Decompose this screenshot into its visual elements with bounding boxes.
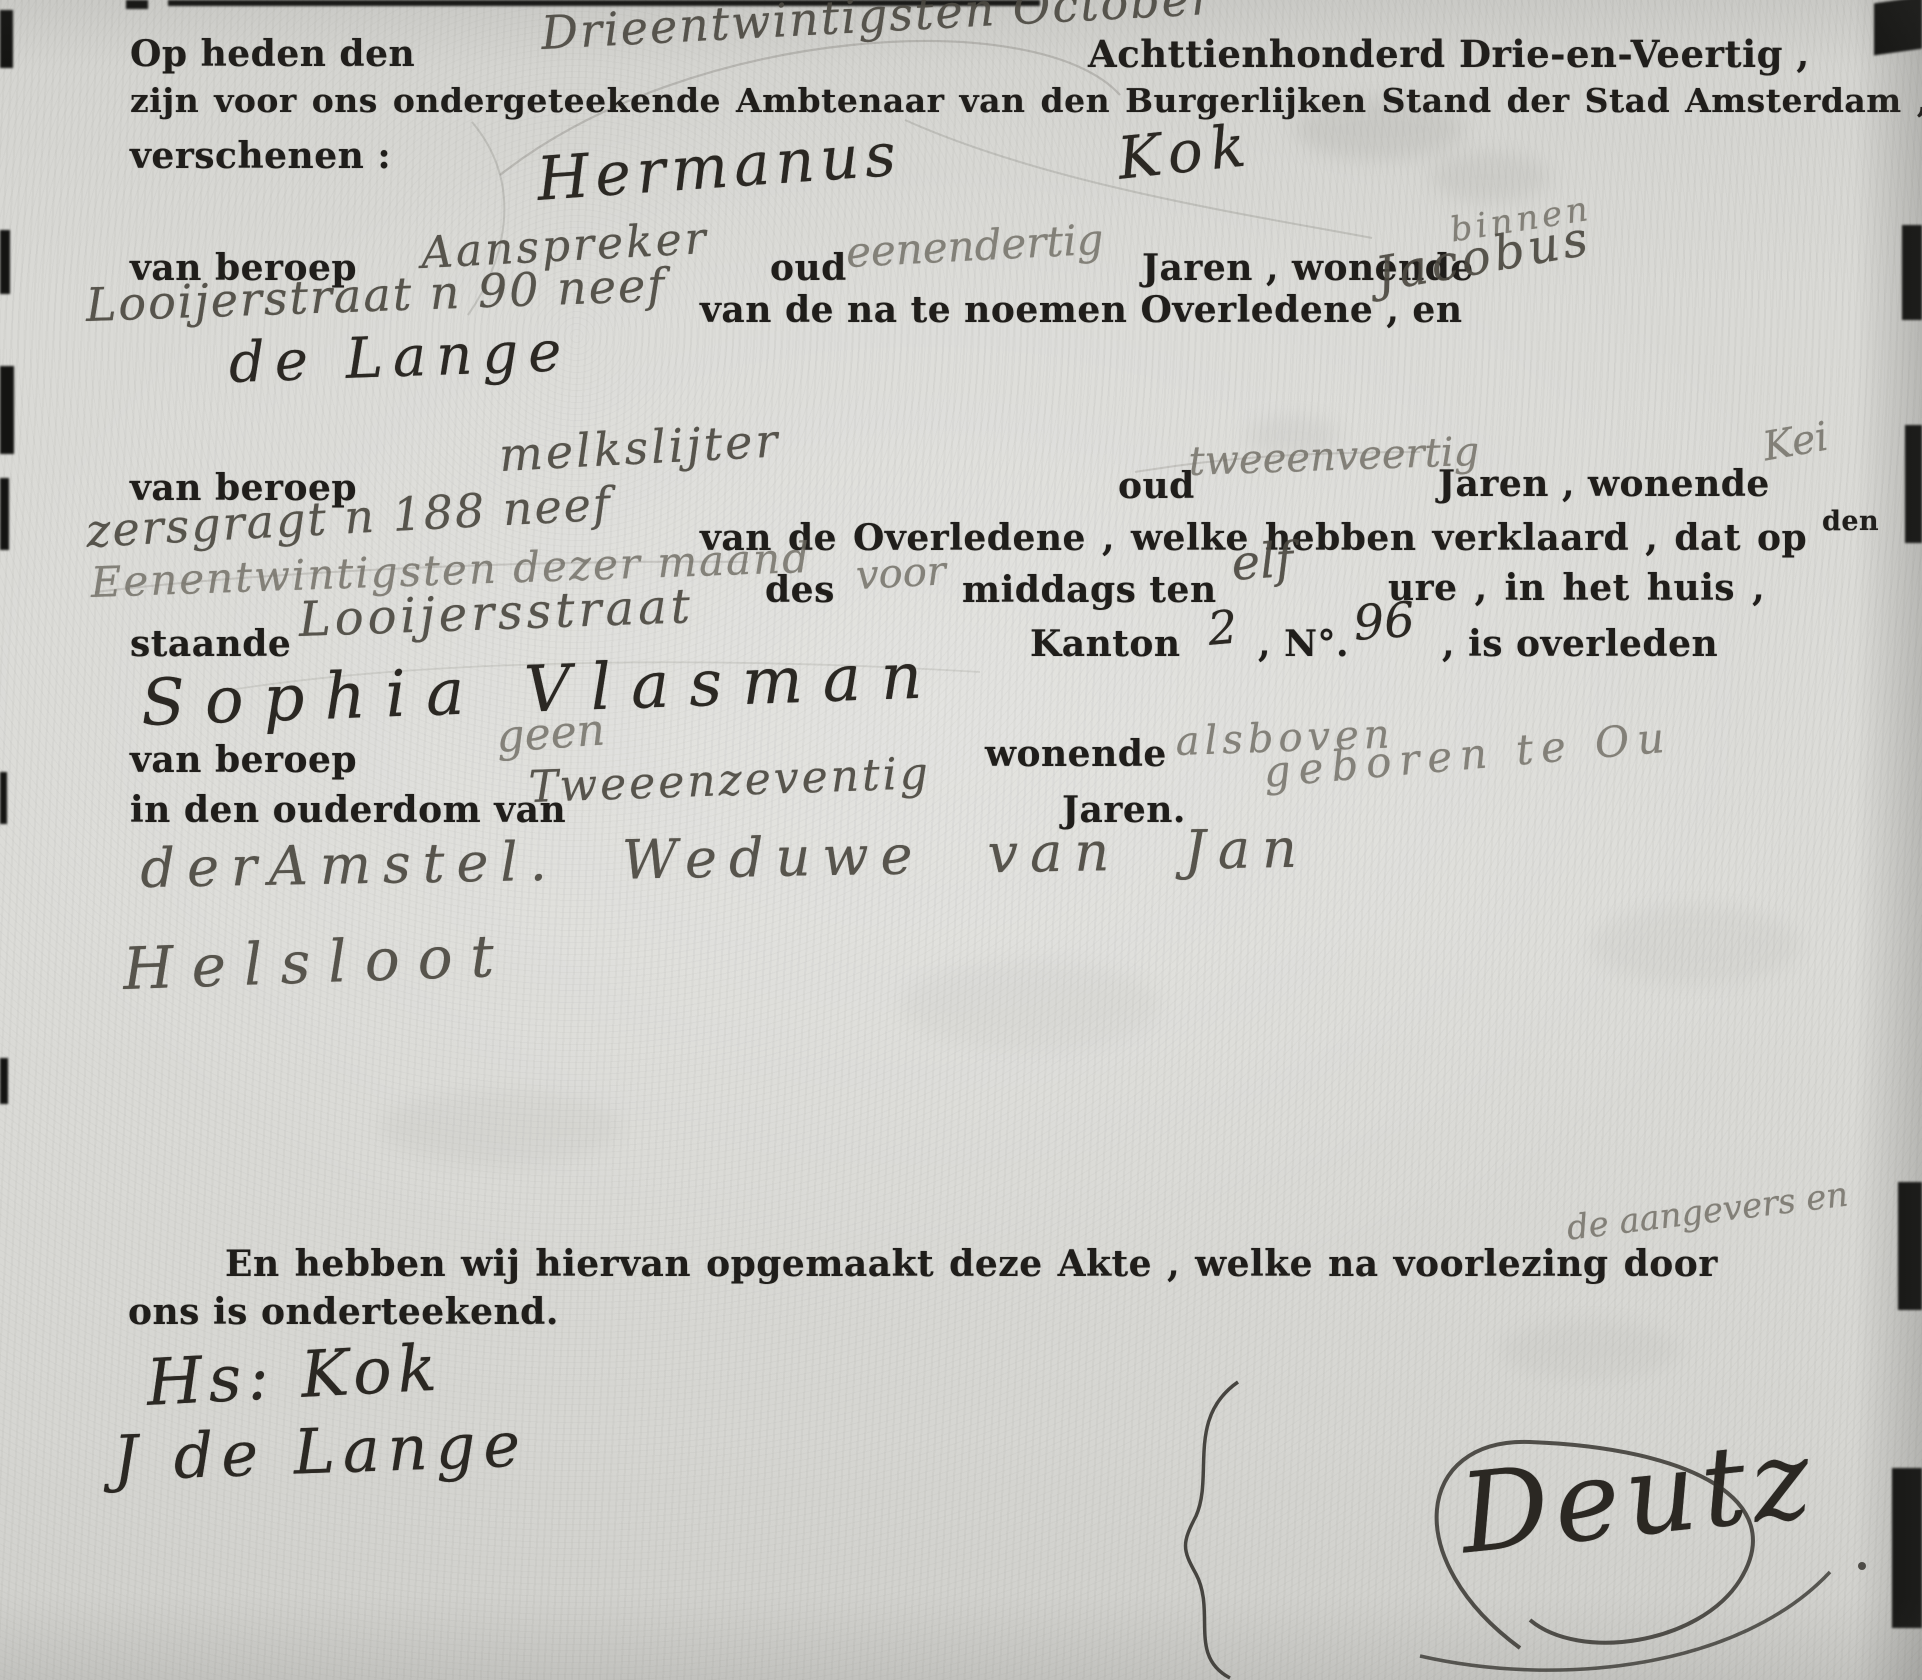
scan-artifact bbox=[1892, 1468, 1922, 1628]
handwritten-witness2-residence-prefix: Kei bbox=[1760, 417, 1831, 468]
handwritten-hour: elf bbox=[1230, 536, 1295, 588]
printed-op-heden-den: Op heden den bbox=[130, 36, 415, 72]
printed-middags-ten: middags ten bbox=[962, 572, 1217, 608]
signature-witness2: J de Lange bbox=[112, 1414, 529, 1490]
printed-oud-label-1: oud bbox=[770, 250, 847, 286]
signature-witness1: Hs: Kok bbox=[145, 1337, 444, 1416]
printed-is-overleden: , is overleden bbox=[1442, 626, 1718, 662]
scan-artifact bbox=[0, 478, 9, 550]
scan-artifact bbox=[1905, 425, 1922, 543]
handwritten-kanton-number: 2 bbox=[1206, 603, 1239, 651]
handwritten-death-street: Looijersstraat bbox=[298, 582, 695, 644]
scan-artifact bbox=[0, 366, 14, 454]
printed-verschenen: verschenen : bbox=[130, 138, 391, 174]
printed-oud-label-2: oud bbox=[1118, 468, 1195, 504]
handwritten-daypart: voor bbox=[855, 551, 947, 596]
printed-kanton-label: Kanton bbox=[1030, 626, 1181, 662]
bleedthrough-smudge bbox=[1500, 1320, 1680, 1380]
scan-artifact bbox=[1874, 0, 1922, 55]
bleedthrough-smudge bbox=[380, 1090, 620, 1165]
printed-staande: staande bbox=[130, 626, 291, 662]
scan-artifact bbox=[1902, 225, 1922, 320]
printed-ure-huis: ure , in het huis , bbox=[1388, 570, 1765, 606]
handwritten-house-number: 96 bbox=[1352, 596, 1416, 648]
handwritten-witness1-firstname: Hermanus bbox=[535, 125, 904, 210]
printed-declaration-sup-den: den bbox=[1822, 508, 1879, 535]
scan-artifact bbox=[1898, 1182, 1922, 1310]
handwritten-witness2-age: tweeenveertig bbox=[1188, 432, 1480, 482]
printed-jaren-wonende-2: Jaren , wonende bbox=[1438, 466, 1770, 502]
printed-beroep-label-3: van beroep bbox=[130, 742, 357, 778]
printed-closing-line-1: En hebben wij hiervan opgemaakt deze Akt… bbox=[225, 1246, 1718, 1282]
printed-officiant-line: zijn voor ons ondergeteekende Ambtenaar … bbox=[130, 84, 1922, 117]
scan-artifact bbox=[0, 772, 7, 824]
bleedthrough-smudge bbox=[1590, 905, 1800, 985]
registrar-flourish-tail bbox=[1420, 1572, 1830, 1670]
handwritten-witness2-lastname: de Lange bbox=[228, 324, 572, 392]
registrar-signature-dot bbox=[1858, 1562, 1866, 1570]
handwritten-witness1-lastname: Kok bbox=[1115, 116, 1256, 188]
printed-ouderdom-label: in den ouderdom van bbox=[130, 792, 566, 828]
handwritten-born-at-continued: derAmstel. Weduwe van Jan bbox=[140, 822, 1309, 896]
scan-artifact bbox=[0, 1058, 8, 1104]
signature-brace bbox=[1186, 1382, 1239, 1678]
bleedthrough-smudge bbox=[900, 960, 1160, 1050]
printed-wonende-label: wonende bbox=[985, 736, 1167, 772]
printed-closing-line-2: ons is onderteekend. bbox=[128, 1294, 559, 1330]
handwritten-witness2-occupation: melkslijter bbox=[498, 417, 781, 478]
handwritten-readers: de aangevers en bbox=[1565, 1178, 1850, 1246]
printed-number-label: , N°. bbox=[1258, 626, 1349, 662]
handwritten-deceased-age: Tweeenzeventig bbox=[528, 752, 932, 810]
scan-artifact bbox=[126, 0, 148, 9]
scan-artifact bbox=[0, 10, 13, 68]
handwritten-widow-of-surname: Helsloot bbox=[122, 926, 513, 998]
signature-registrar: Deutz bbox=[1455, 1423, 1821, 1570]
printed-relation-1: van de na te noemen Overledene , en bbox=[700, 292, 1463, 328]
scanned-death-record-page: Op heden den Drieentwintigsten October A… bbox=[0, 0, 1922, 1680]
printed-year: Achttienhonderd Drie-en-Veertig , bbox=[1088, 36, 1810, 73]
printed-des: des bbox=[765, 572, 835, 608]
scan-artifact bbox=[0, 230, 10, 294]
handwritten-witness1-age: eenendertig bbox=[845, 219, 1105, 274]
bleedthrough-smudge bbox=[1430, 152, 1550, 202]
handwritten-deceased-occupation: geen bbox=[495, 708, 606, 759]
